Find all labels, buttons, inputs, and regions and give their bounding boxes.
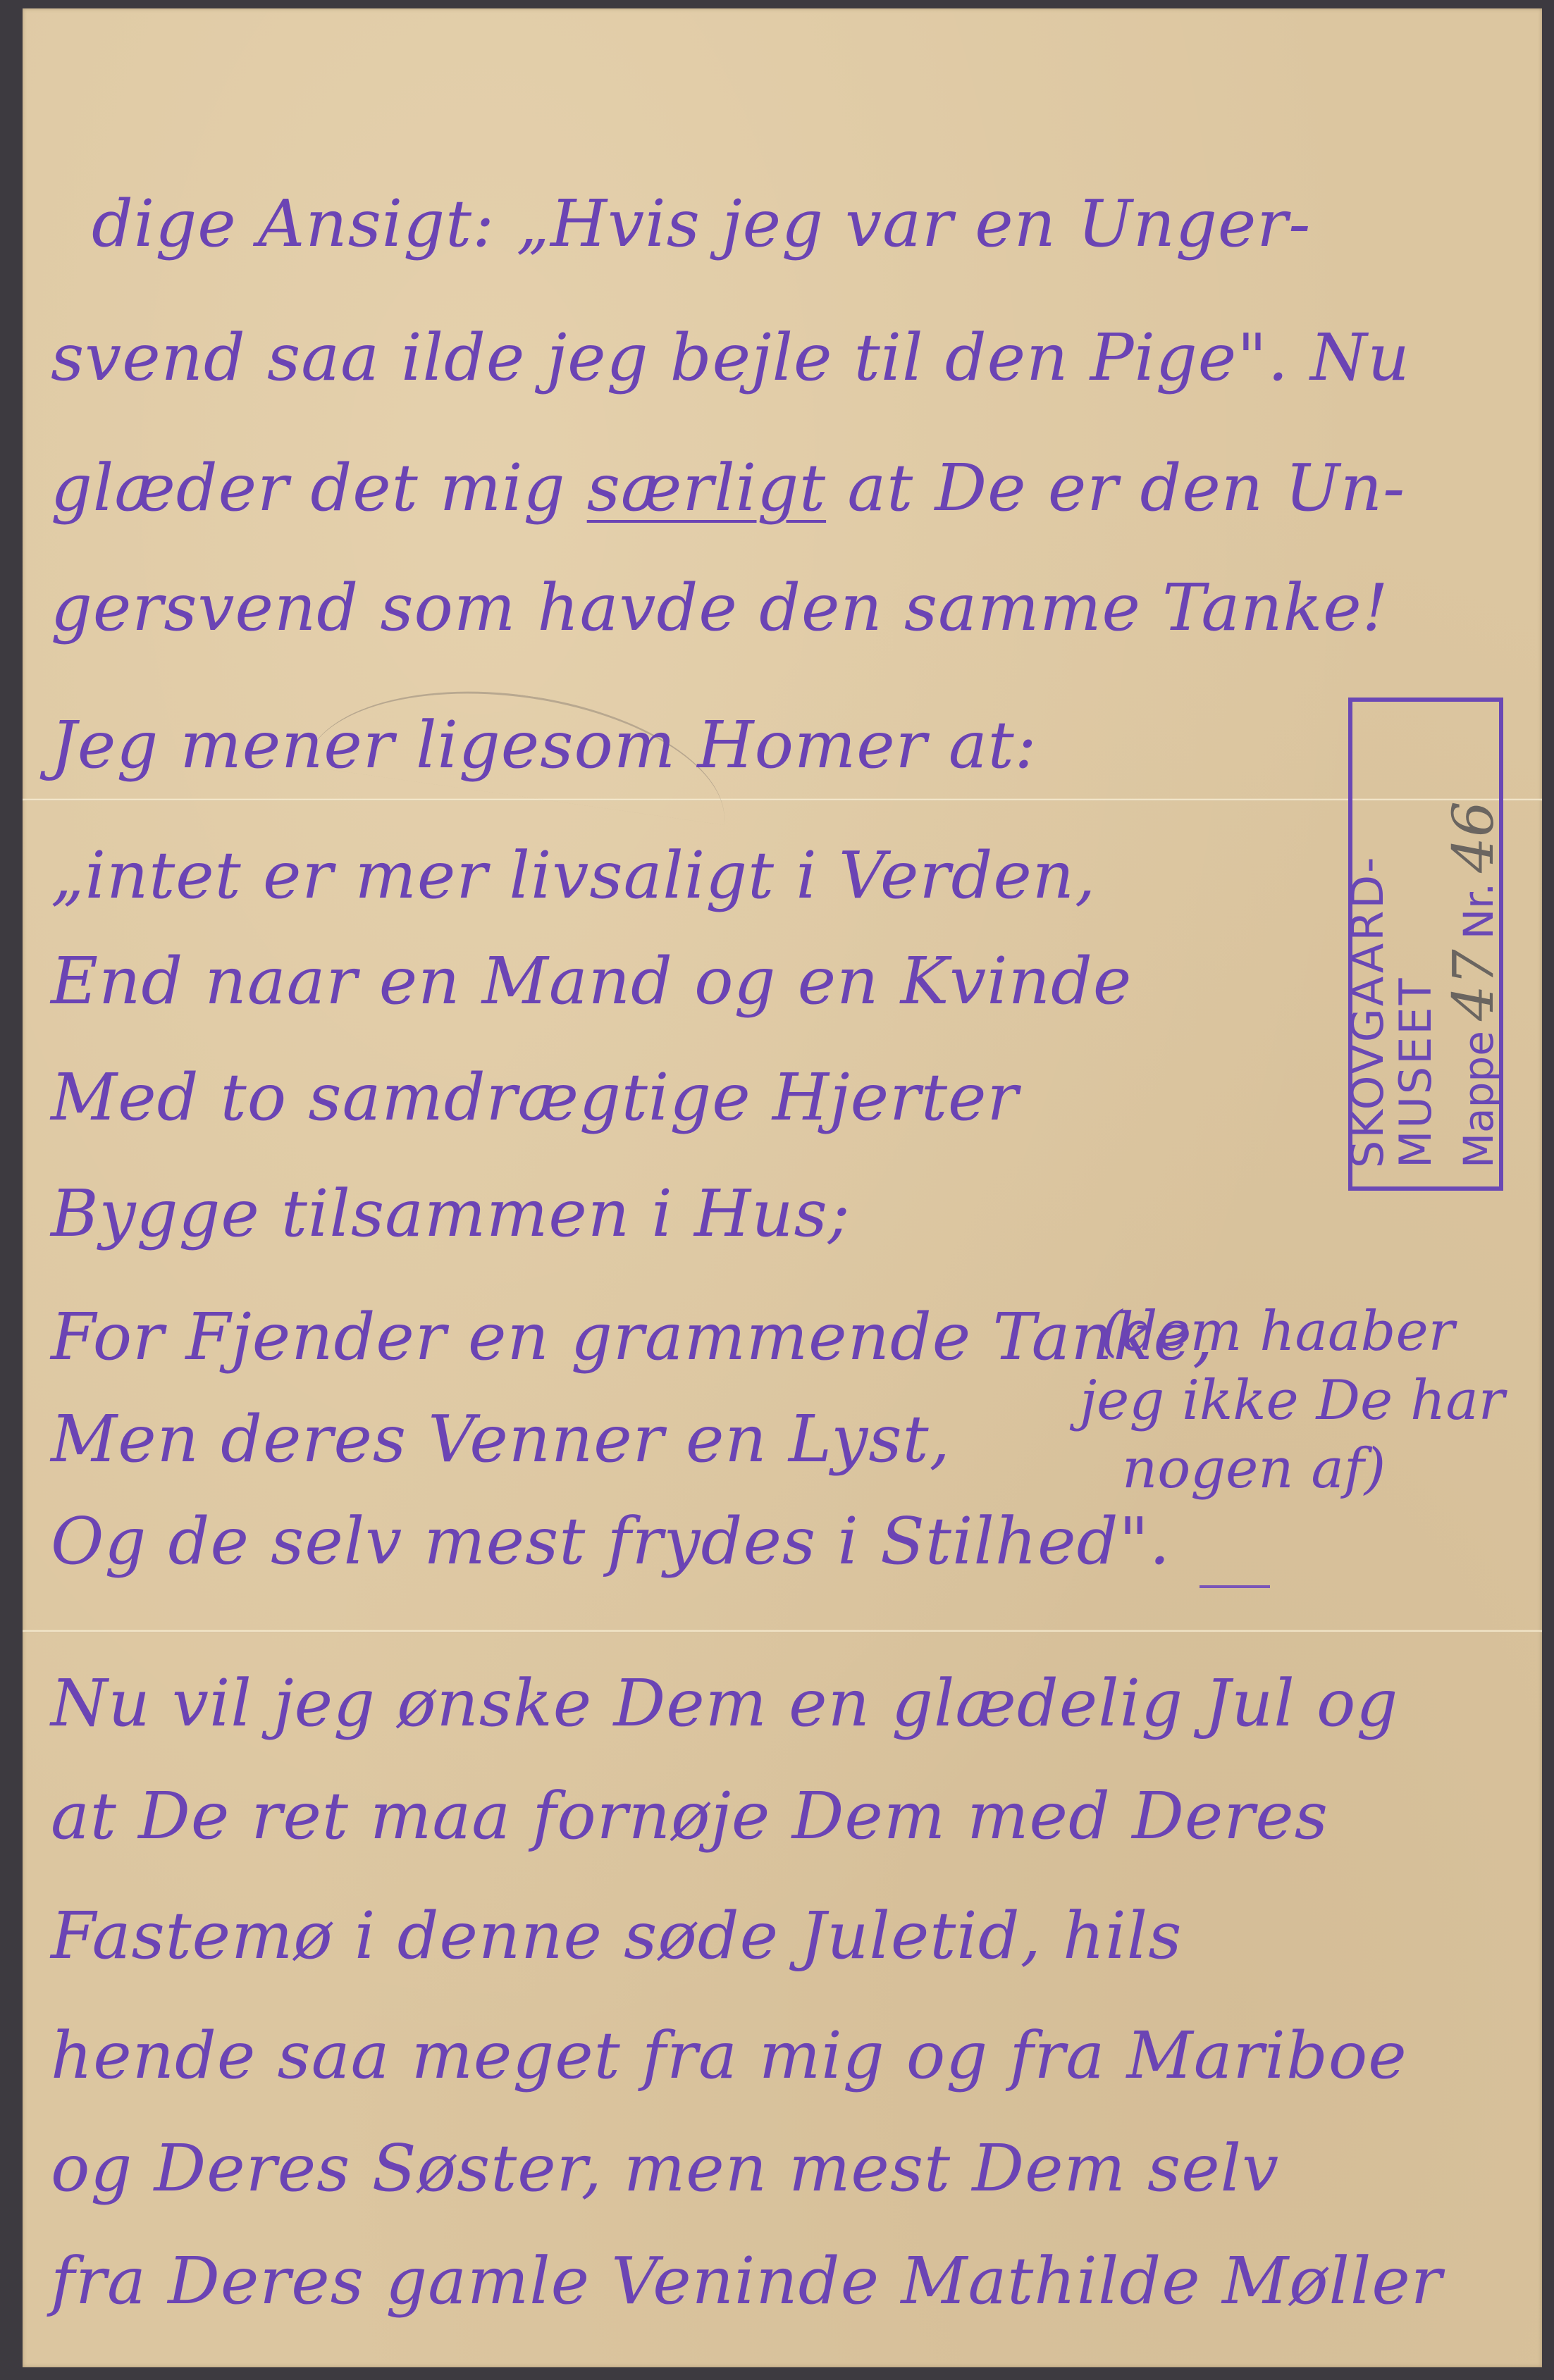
fold-crease — [23, 798, 1542, 801]
verse-line: „intet er mer livsaligt i Verden, — [51, 843, 1096, 908]
mappe-number: 47 — [1440, 949, 1507, 1021]
letter-page: dige Ansigt: „Hvis jeg var en Unger- sve… — [23, 8, 1542, 2367]
letter-line: Jeg mener ligesom Homer at: — [51, 713, 1037, 778]
verse-line: For Fjender en grammende Tanke, — [51, 1305, 1214, 1370]
letter-text: at De er den Un- — [826, 450, 1405, 526]
marginal-note: (dem haaber jeg ikke De har nogen af) — [1101, 1298, 1505, 1504]
letter-line: dige Ansigt: „Hvis jeg var en Unger- — [92, 192, 1311, 256]
verse-line: Bygge tilsammen i Hus; — [51, 1182, 851, 1246]
stamp-catalog-row: Mappe 47 Nr. 46 — [1440, 705, 1507, 1168]
letter-line: at De ret maa fornøje Dem med Deres — [51, 1784, 1328, 1849]
verse-line: Med to samdrægtige Hjerter — [51, 1065, 1018, 1130]
letter-line: Fastemø i denne søde Juletid, hils — [51, 1904, 1182, 1969]
stamp-title: SKOVGAARD-MUSEET — [1344, 705, 1440, 1168]
verse-line: Og de selv mest frydes i Stilhed". — [51, 1509, 1171, 1574]
letter-line: hende saa meget fra mig og fra Mariboe — [51, 2023, 1407, 2088]
signature-line: fra Deres gamle Veninde Mathilde Møller — [51, 2249, 1443, 2314]
underlined-word: særligt — [587, 450, 826, 526]
stamp-content: SKOVGAARD-MUSEET Mappe 47 Nr. 46 — [1355, 705, 1496, 1184]
closing-dash — [1200, 1585, 1270, 1588]
fold-crease — [23, 1630, 1542, 1632]
letter-line: og Deres Søster, men mest Dem selv — [51, 2136, 1279, 2201]
letter-text: glæder det mig — [51, 450, 587, 526]
mappe-label: Mappe — [1455, 1031, 1504, 1168]
verse-line: Men deres Venner en Lyst, — [51, 1407, 951, 1472]
marginal-note-line: nogen af) — [1122, 1435, 1505, 1504]
letter-line: glæder det mig særligt at De er den Un- — [51, 456, 1405, 521]
nr-label: Nr. — [1455, 883, 1504, 939]
letter-line: gersvend som havde den samme Tanke! — [51, 576, 1389, 640]
marginal-note-line: (dem haaber — [1101, 1298, 1505, 1367]
marginal-note-line: jeg ikke De har — [1080, 1367, 1505, 1436]
nr-number: 46 — [1440, 801, 1507, 873]
letter-line: svend saa ilde jeg bejle til den Pige". … — [51, 326, 1410, 390]
letter-line: Nu vil jeg ønske Dem en glædelig Jul og — [51, 1671, 1398, 1736]
museum-stamp: SKOVGAARD-MUSEET Mappe 47 Nr. 46 — [1348, 698, 1503, 1191]
verse-line: End naar en Mand og en Kvinde — [51, 949, 1132, 1014]
